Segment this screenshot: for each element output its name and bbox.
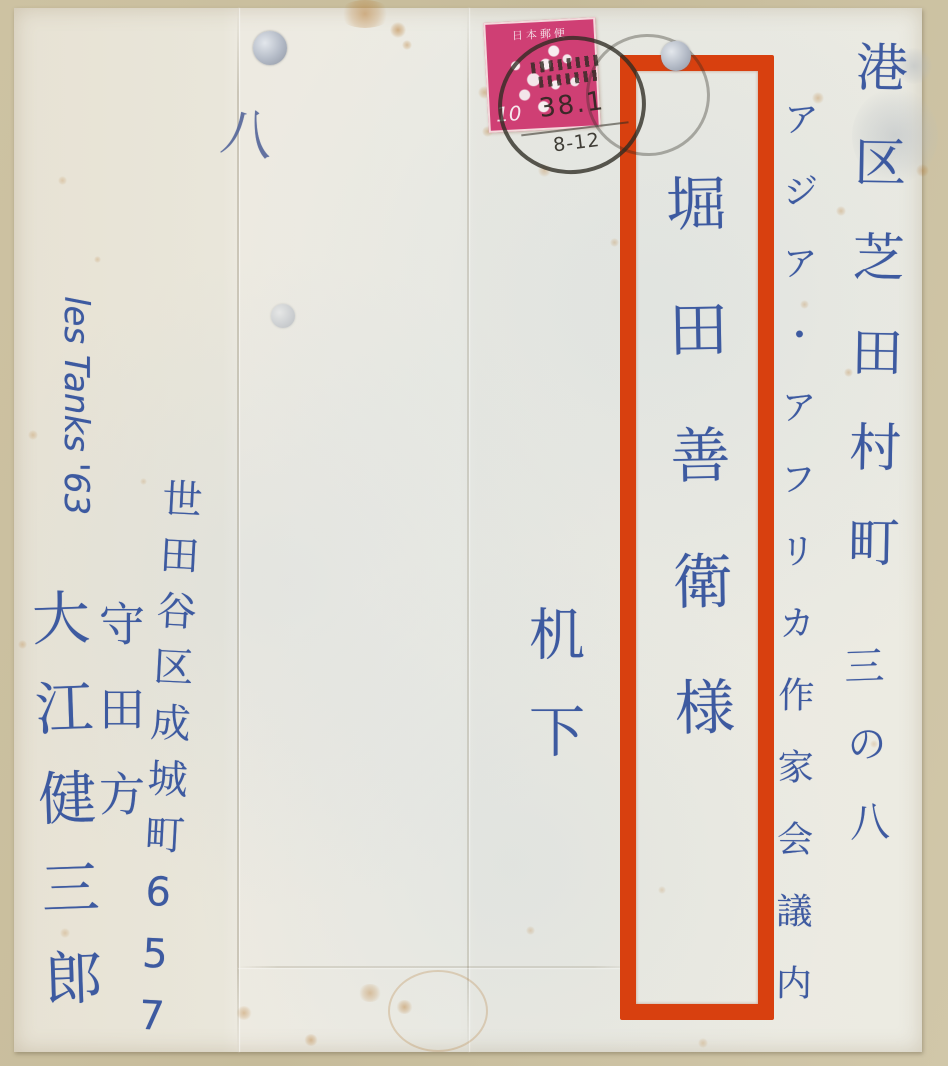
top-mark: 八 xyxy=(217,89,279,171)
stain xyxy=(304,1034,318,1046)
recipient-address-number: 三の八 xyxy=(840,644,888,879)
stain xyxy=(610,238,619,247)
stain xyxy=(338,0,392,28)
stain xyxy=(390,22,406,38)
sender-careof-column: 守田方 xyxy=(96,600,142,855)
postmark-bars xyxy=(538,69,601,87)
metal-pin xyxy=(661,41,691,71)
stain xyxy=(526,926,535,935)
stain xyxy=(140,478,147,485)
metal-pin xyxy=(253,31,287,65)
envelope-photo: 日本郵便 10 38.1 8-12 港区芝田村町 三の八 アジア・アフリカ作家会… xyxy=(0,0,948,1066)
stain xyxy=(358,984,382,1002)
sender-side-note: les Tanks '63 xyxy=(56,296,96,515)
stain xyxy=(698,1038,708,1048)
stain xyxy=(236,1006,252,1020)
metal-pin xyxy=(271,304,295,328)
stain xyxy=(58,176,67,185)
ring-stain xyxy=(388,970,488,1052)
recipient-name: 堀田善衛様 xyxy=(661,172,732,803)
fold-crease-center xyxy=(467,8,469,1052)
stain xyxy=(402,40,412,50)
sender-name-column: 大江健三郎 xyxy=(26,587,100,1039)
stain xyxy=(28,430,38,440)
recipient-salutation: 机下 xyxy=(524,605,580,799)
fold-crease-horizontal xyxy=(238,966,633,968)
recipient-address-column: 港区芝田村町 xyxy=(841,40,903,611)
recipient-organization-column: アジア・アフリカ作家会議内 xyxy=(772,100,816,1036)
stain xyxy=(94,256,101,263)
